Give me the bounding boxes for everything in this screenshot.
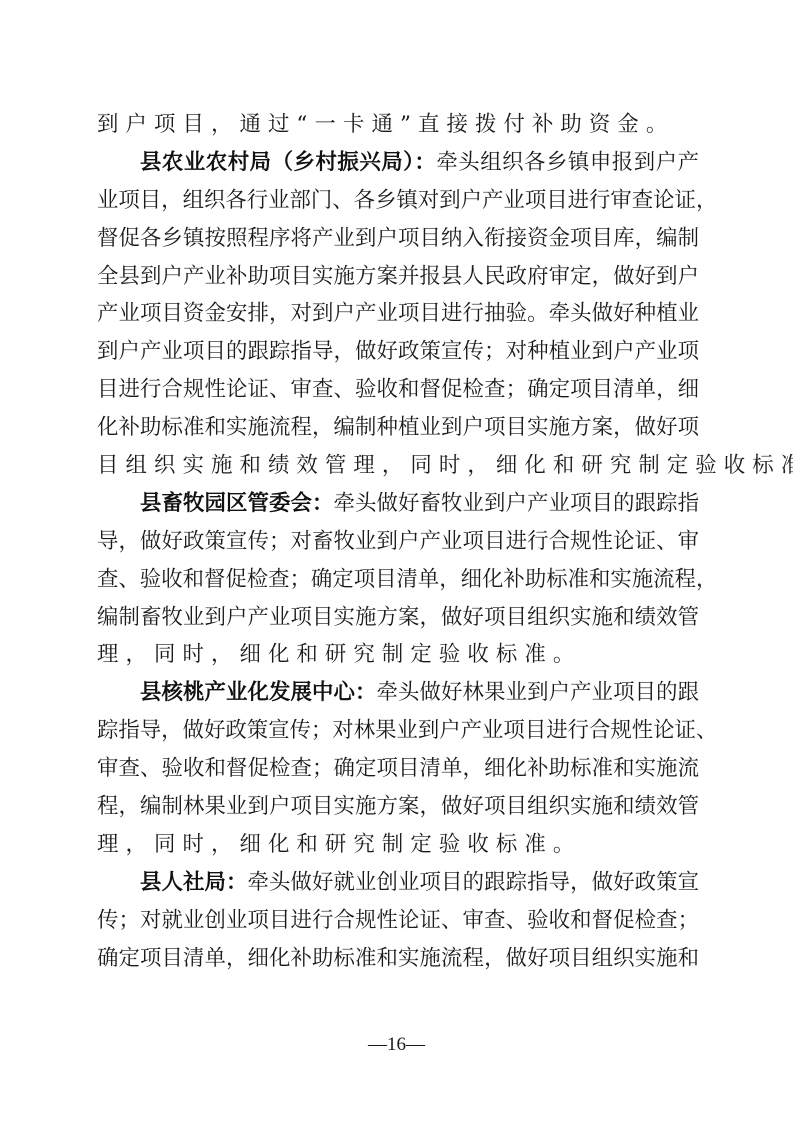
text-line: 县核桃产业化发展中心：牵头做好林果业到户产业项目的跟	[97, 674, 699, 712]
line-text: 牵头做好就业创业项目的跟踪指导，做好政策宣	[248, 870, 699, 895]
text-line: 业项目，组织各行业部门、各乡镇对到户产业项目进行审查论证，	[97, 182, 699, 220]
text-line: 踪指导，做好政策宣传；对林果业到户产业项目进行合规性论证、	[97, 712, 699, 750]
text-line: 程，编制林果业到户项目实施方案，做好项目组织实施和绩效管	[97, 788, 699, 826]
text-line: 全县到户产业补助项目实施方案并报县人民政府审定，做好到户	[97, 258, 699, 296]
text-line: 查、验收和督促检查；确定项目清单，细化补助标准和实施流程，	[97, 561, 699, 599]
paragraph-heading-livestock-park: 县畜牧园区管委会：	[140, 491, 334, 516]
page-number: —16—	[0, 1034, 793, 1056]
line-text: 牵头做好畜牧业到户产业项目的跟踪指	[334, 491, 699, 516]
paragraph-heading-hr-bureau: 县人社局：	[140, 870, 248, 895]
text-line: 编制畜牧业到户产业项目实施方案，做好项目组织实施和绩效管	[97, 599, 699, 637]
body-text: 到户项目，通过“一卡通”直接拨付补助资金。 县农业农村局（乡村振兴局）：牵头组织…	[97, 106, 699, 977]
text-line: 确定项目清单，细化补助标准和实施流程，做好项目组织实施和	[97, 940, 699, 978]
text-line: 理，同时，细化和研究制定验收标准。	[97, 826, 699, 864]
line-text: 到户项目，通过“一卡通”直接拨付补助资金。	[97, 112, 674, 137]
text-line: 审查、验收和督促检查；确定项目清单，细化补助标准和实施流	[97, 750, 699, 788]
text-line: 传；对就业创业项目进行合规性论证、审查、验收和督促检查；	[97, 902, 699, 940]
text-line: 目进行合规性论证、审查、验收和督促检查；确定项目清单，细	[97, 371, 699, 409]
line-text: 牵头做好林果业到户产业项目的跟	[377, 680, 699, 705]
text-line: 化补助标准和实施流程，编制种植业到户项目实施方案，做好项	[97, 409, 699, 447]
text-line: 产业项目资金安排，对到户产业项目进行抽验。牵头做好种植业	[97, 295, 699, 333]
line-text: 牵头组织各乡镇申报到户产	[436, 150, 699, 175]
text-line: 导，做好政策宣传；对畜牧业到户产业项目进行合规性论证、审	[97, 523, 699, 561]
text-line: 县农业农村局（乡村振兴局）：牵头组织各乡镇申报到户产	[97, 144, 699, 182]
paragraph-heading-agriculture-bureau: 县农业农村局（乡村振兴局）：	[140, 150, 436, 175]
document-page: 到户项目，通过“一卡通”直接拨付补助资金。 县农业农村局（乡村振兴局）：牵头组织…	[0, 0, 793, 1122]
text-line: 理，同时，细化和研究制定验收标准。	[97, 636, 699, 674]
paragraph-heading-walnut-center: 县核桃产业化发展中心：	[140, 680, 377, 705]
text-line: 到户产业项目的跟踪指导，做好政策宣传；对种植业到户产业项	[97, 333, 699, 371]
text-line: 到户项目，通过“一卡通”直接拨付补助资金。	[97, 106, 699, 144]
text-line: 督促各乡镇按照程序将产业到户项目纳入衔接资金项目库，编制	[97, 220, 699, 258]
text-line: 目组织实施和绩效管理，同时，细化和研究制定验收标准。	[97, 447, 699, 485]
text-line: 县畜牧园区管委会：牵头做好畜牧业到户产业项目的跟踪指	[97, 485, 699, 523]
text-line: 县人社局：牵头做好就业创业项目的跟踪指导，做好政策宣	[97, 864, 699, 902]
